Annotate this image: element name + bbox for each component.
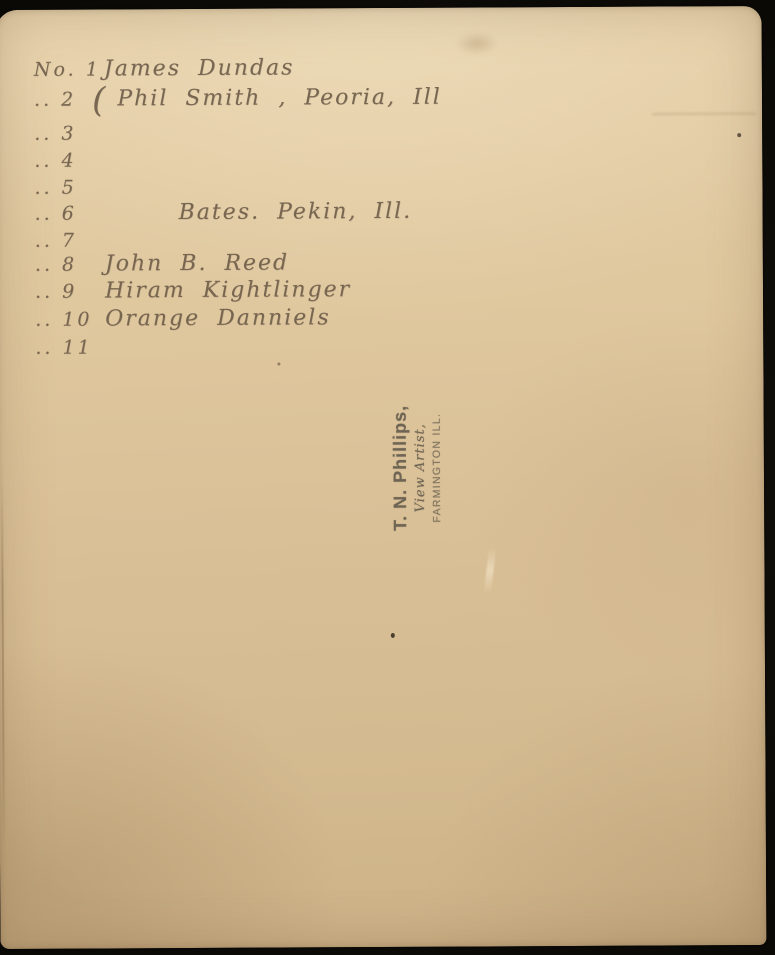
stamp-city: FARMINGTON ILL. bbox=[430, 393, 446, 543]
ledger-row: .. 3 bbox=[34, 119, 104, 148]
ledger-row: .. 5 bbox=[34, 173, 104, 202]
ledger-row: No. 1James Dundas bbox=[34, 54, 295, 84]
entry-paren: ( bbox=[92, 80, 105, 120]
ledger-row: .. 9Hiram Kightlinger bbox=[35, 276, 351, 307]
entry-name: Phil Smith , Peoria, Ill bbox=[117, 85, 442, 112]
entry-number: .. 3 bbox=[34, 120, 92, 148]
ledger-row: .. 4 bbox=[34, 146, 104, 175]
handwritten-ledger: No. 1James Dundas .. 2(Phil Smith , Peor… bbox=[34, 6, 734, 10]
entry-number: .. 10 bbox=[35, 306, 93, 334]
entry-number: No. 1 bbox=[34, 56, 92, 84]
entry-number: .. 5 bbox=[34, 174, 92, 202]
entry-number: .. 8 bbox=[35, 251, 93, 279]
entry-number: .. 4 bbox=[34, 147, 92, 175]
entry-name: Orange Danniels bbox=[105, 305, 331, 331]
entry-number: .. 9 bbox=[35, 278, 93, 306]
entry-name: Bates. Pekin, Ill. bbox=[179, 199, 413, 225]
photographer-stamp: T. N. Phillips, View Artist, FARMINGTON … bbox=[389, 393, 456, 543]
entry-name: Hiram Kightlinger bbox=[105, 277, 351, 303]
stamp-photographer-title: View Artist, bbox=[412, 393, 431, 543]
entry-number: .. 6 bbox=[35, 200, 93, 228]
ledger-row: .. 8John B. Reed bbox=[35, 249, 289, 279]
ledger-row: .. 2(Phil Smith , Peoria, Ill bbox=[34, 84, 442, 115]
ledger-row: .. 6Bates. Pekin, Ill. bbox=[35, 198, 413, 229]
paper-crease bbox=[1, 478, 5, 850]
paper-tone-band bbox=[652, 112, 756, 116]
paper-speck bbox=[737, 133, 741, 137]
ink-dot bbox=[391, 633, 395, 638]
scanner-bed: No. 1James Dundas .. 2(Phil Smith , Peor… bbox=[0, 0, 775, 955]
entry-name: John B. Reed bbox=[105, 250, 289, 276]
paper-speck bbox=[277, 363, 280, 366]
entry-number: .. 2 bbox=[34, 86, 92, 114]
photo-back-paper: No. 1James Dundas .. 2(Phil Smith , Peor… bbox=[0, 6, 766, 949]
ledger-row: .. 10Orange Danniels bbox=[35, 304, 331, 335]
entry-number: .. 11 bbox=[35, 334, 93, 362]
paper-scratch bbox=[484, 547, 496, 594]
ledger-row: .. 11 bbox=[35, 333, 105, 362]
paper-smudge bbox=[448, 27, 506, 59]
entry-name: James Dundas bbox=[104, 55, 295, 81]
stamp-photographer-name: T. N. Phillips, bbox=[389, 393, 413, 543]
